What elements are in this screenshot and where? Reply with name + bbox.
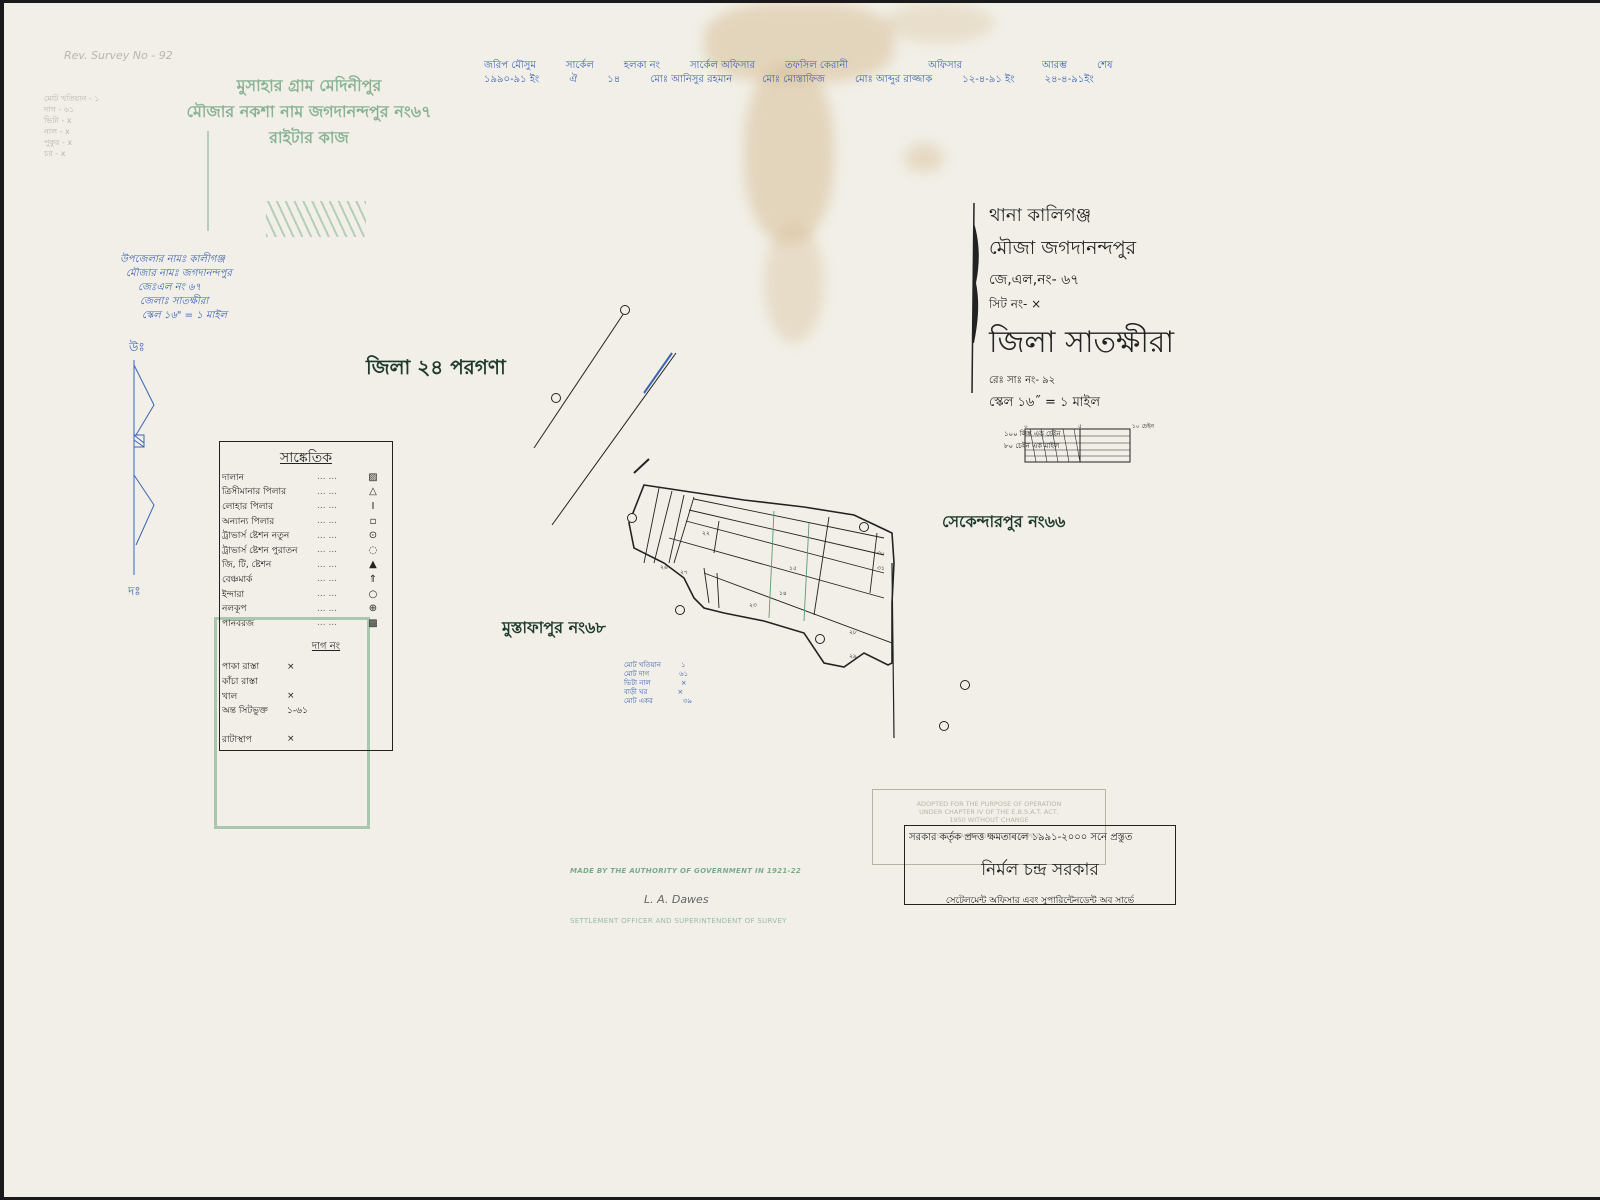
map-sheet: জরিপ মৌসুম সার্কেল হলকা নং সার্কেল অফিসা… (4, 3, 1600, 1197)
village-east-label: সেকেন্দারপুর নং৬৬ (942, 509, 1065, 536)
summary-value: × (677, 688, 683, 697)
plot-summary: মোট খতিয়ান১ মোট দাগ৬১ ভিটা নাল× বাড়ী ঘ… (624, 661, 692, 706)
plot-number: ২৮ (849, 627, 857, 638)
village-south-label: মুস্তাফাপুর নং৬৮ (502, 615, 606, 642)
plot-number: ২৩ (749, 600, 757, 611)
mouza-map-drawing (4, 3, 1600, 1197)
summary-label: মোট দাগ (624, 670, 649, 679)
traverse-station-icon (960, 680, 970, 690)
plot-number: ২৬ (660, 562, 668, 573)
adopted-line: UNDER CHAPTER IV OF THE E.B.S.A.T. ACT, (873, 808, 1105, 816)
traverse-station-icon (627, 513, 637, 523)
plot-number: ২৭ (680, 567, 688, 578)
summary-label: ভিটা নাল (624, 679, 651, 688)
summary-value: ১ (681, 661, 686, 670)
adopted-line: ADOPTED FOR THE PURPOSE OF OPERATION (873, 800, 1105, 808)
summary-value: ৬১ (679, 670, 688, 679)
traverse-station-icon (859, 522, 869, 532)
authority-block: সরকার কর্তৃক প্রদত্ত ক্ষমতাবলে ১৯৯১-২০০০… (904, 825, 1176, 905)
summary-label: মোট একর (624, 697, 653, 706)
signature: L. A. Dawes (644, 893, 709, 906)
plot-number: ৩১ (877, 563, 885, 574)
authority-line: সরকার কর্তৃক প্রদত্ত ক্ষমতাবলে ১৯৯১-২০০০… (905, 826, 1175, 847)
plot-number: ২৯ (849, 651, 857, 662)
plot-number: ১৫ (789, 563, 797, 574)
settlement-officer-text: SETTLEMENT OFFICER AND SUPERINTENDENT OF… (570, 917, 787, 925)
traverse-station-icon (815, 634, 825, 644)
traverse-station-icon (620, 305, 630, 315)
summary-label: মোট খতিয়ান (624, 661, 661, 670)
traverse-station-icon (939, 721, 949, 731)
traverse-station-icon (675, 605, 685, 615)
summary-label: বাড়ী ঘর (624, 688, 647, 697)
officer-title: সেটেলমেন্ট অফিসার এবং সুপারিন্টেনডেন্ট অ… (905, 893, 1175, 908)
traverse-station-icon (551, 393, 561, 403)
plot-number: ২২ (702, 528, 710, 539)
plot-number: ৩০ (877, 548, 885, 559)
adopted-line: 1950 WITHOUT CHANGE (873, 816, 1105, 824)
summary-value: × (681, 679, 687, 688)
summary-value: ৩৯ (683, 697, 692, 706)
officer-name: নির্মল চন্দ্র সরকার (905, 857, 1175, 885)
plot-number: ১৪ (779, 588, 787, 599)
made-by-text: MADE BY THE AUTHORITY OF GOVERNMENT IN 1… (570, 867, 801, 875)
